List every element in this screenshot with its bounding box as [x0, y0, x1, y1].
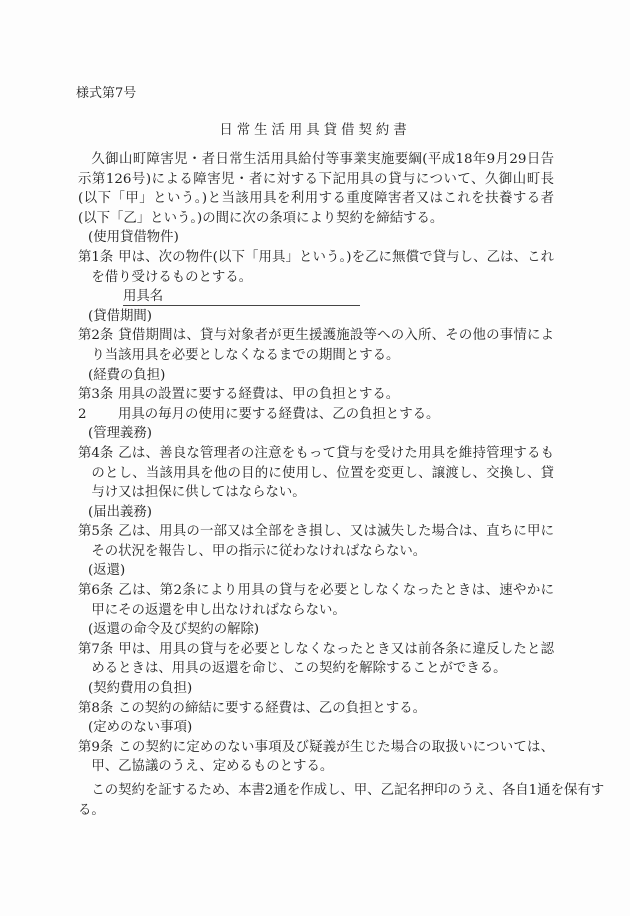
article-number: 第4条: [78, 444, 118, 464]
section-heading: (届出義務): [78, 503, 554, 523]
item-name-line: 用具名: [78, 287, 554, 307]
form-number: 様式第7号: [76, 82, 136, 101]
paragraph-number: 2: [78, 405, 118, 425]
article-6: 第6条乙は、第2条により用具の貸与を必要としなくなったときは、速やかに甲にその返…: [78, 581, 554, 620]
document-title: 日常生活用具貸借契約書: [0, 119, 630, 138]
article-text: 乙は、第2条により用具の貸与を必要としなくなったときは、速やかに甲にその返還を申…: [91, 583, 554, 618]
item-name-field: 用具名: [123, 289, 360, 306]
section-heading: (返還の命令及び契約の解除): [78, 620, 554, 640]
section-heading: (経費の負担): [78, 366, 554, 386]
article-text: この契約の締結に要する経費は、乙の負担とする。: [118, 701, 426, 716]
closing-paragraph: この契約を証するため、本書2通を作成し、甲、乙記名押印のうえ、各自1通を保有する…: [78, 781, 630, 820]
article-text: 貸借期間は、貸与対象者が更生援護施設等への入所、その他の事情により当該用具を必要…: [91, 328, 554, 363]
intro-paragraph: 久御山町障害児・者日常生活用具給付等事業実施要綱(平成18年9月29日告示第12…: [78, 150, 554, 228]
article-7: 第7条甲は、用具の貸与を必要としなくなったとき又は前各条に違反したと認めるときは…: [78, 640, 554, 679]
article-5: 第5条乙は、用具の一部又は全部をき損し、又は滅失した場合は、直ちに甲にその状況を…: [78, 522, 554, 561]
document-page: 様式第7号 日常生活用具貸借契約書 久御山町障害児・者日常生活用具給付等事業実施…: [0, 0, 630, 916]
article-number: 第2条: [78, 326, 118, 346]
article-4: 第4条乙は、善良な管理者の注意をもって貸与を受けた用具を維持管理するものとし、当…: [78, 444, 554, 503]
article-number: 第6条: [78, 581, 118, 601]
article-number: 第5条: [78, 522, 118, 542]
section-heading: (使用貸借物件): [78, 228, 554, 248]
section-heading: (管理義務): [78, 424, 554, 444]
article-number: 第3条: [78, 385, 118, 405]
article-number: 第1条: [78, 248, 118, 268]
article-number: 第9条: [78, 738, 118, 758]
article-1: 第1条甲は、次の物件(以下「用具」という。)を乙に無償で貸与し、乙は、これを借り…: [78, 248, 554, 287]
article-3-paragraph-2: 2用具の毎月の使用に要する経費は、乙の負担とする。: [78, 405, 554, 425]
article-text: 甲は、次の物件(以下「用具」という。)を乙に無償で貸与し、乙は、これを借り受ける…: [91, 250, 554, 285]
article-text: この契約に定めのない事項及び疑義が生じた場合の取扱いについては、甲、乙協議のうえ…: [91, 740, 554, 775]
article-text: 乙は、用具の一部又は全部をき損し、又は滅失した場合は、直ちに甲にその状況を報告し…: [91, 524, 554, 559]
article-9: 第9条この契約に定めのない事項及び疑義が生じた場合の取扱いについては、甲、乙協議…: [78, 738, 554, 777]
section-heading: (返還): [78, 561, 554, 581]
article-text: 用具の設置に要する経費は、甲の負担とする。: [118, 387, 399, 402]
section-heading: (契約費用の負担): [78, 679, 554, 699]
article-number: 第8条: [78, 699, 118, 719]
article-8: 第8条この契約の締結に要する経費は、乙の負担とする。: [78, 699, 554, 719]
article-2: 第2条貸借期間は、貸与対象者が更生援護施設等への入所、その他の事情により当該用具…: [78, 326, 554, 365]
article-text: 甲は、用具の貸与を必要としなくなったとき又は前各条に違反したと認めるときは、用具…: [91, 642, 554, 677]
article-text: 乙は、善良な管理者の注意をもって貸与を受けた用具を維持管理するものとし、当該用具…: [91, 446, 554, 500]
section-heading: (定めのない事項): [78, 718, 554, 738]
article-text: 用具の毎月の使用に要する経費は、乙の負担とする。: [118, 407, 439, 422]
section-heading: (貸借期間): [78, 307, 554, 327]
article-3: 第3条用具の設置に要する経費は、甲の負担とする。: [78, 385, 554, 405]
document-body: 久御山町障害児・者日常生活用具給付等事業実施要綱(平成18年9月29日告示第12…: [78, 150, 554, 777]
article-number: 第7条: [78, 640, 118, 660]
